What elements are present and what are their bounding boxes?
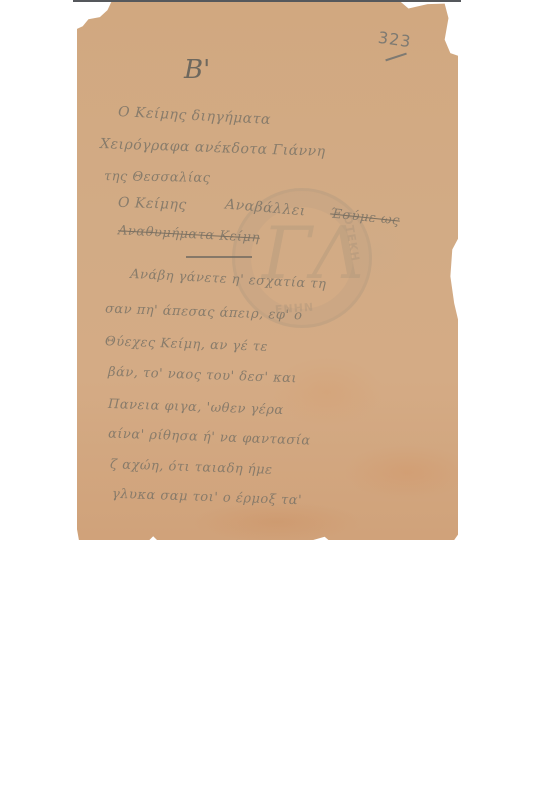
- heading-line-3: της Θεσσαλίας: [104, 169, 211, 186]
- title-line-kept: Ο Κείμης: [118, 195, 187, 213]
- section-heading: Β': [184, 55, 210, 85]
- scan-top-edge: [73, 0, 461, 2]
- underline-rule: [186, 256, 252, 258]
